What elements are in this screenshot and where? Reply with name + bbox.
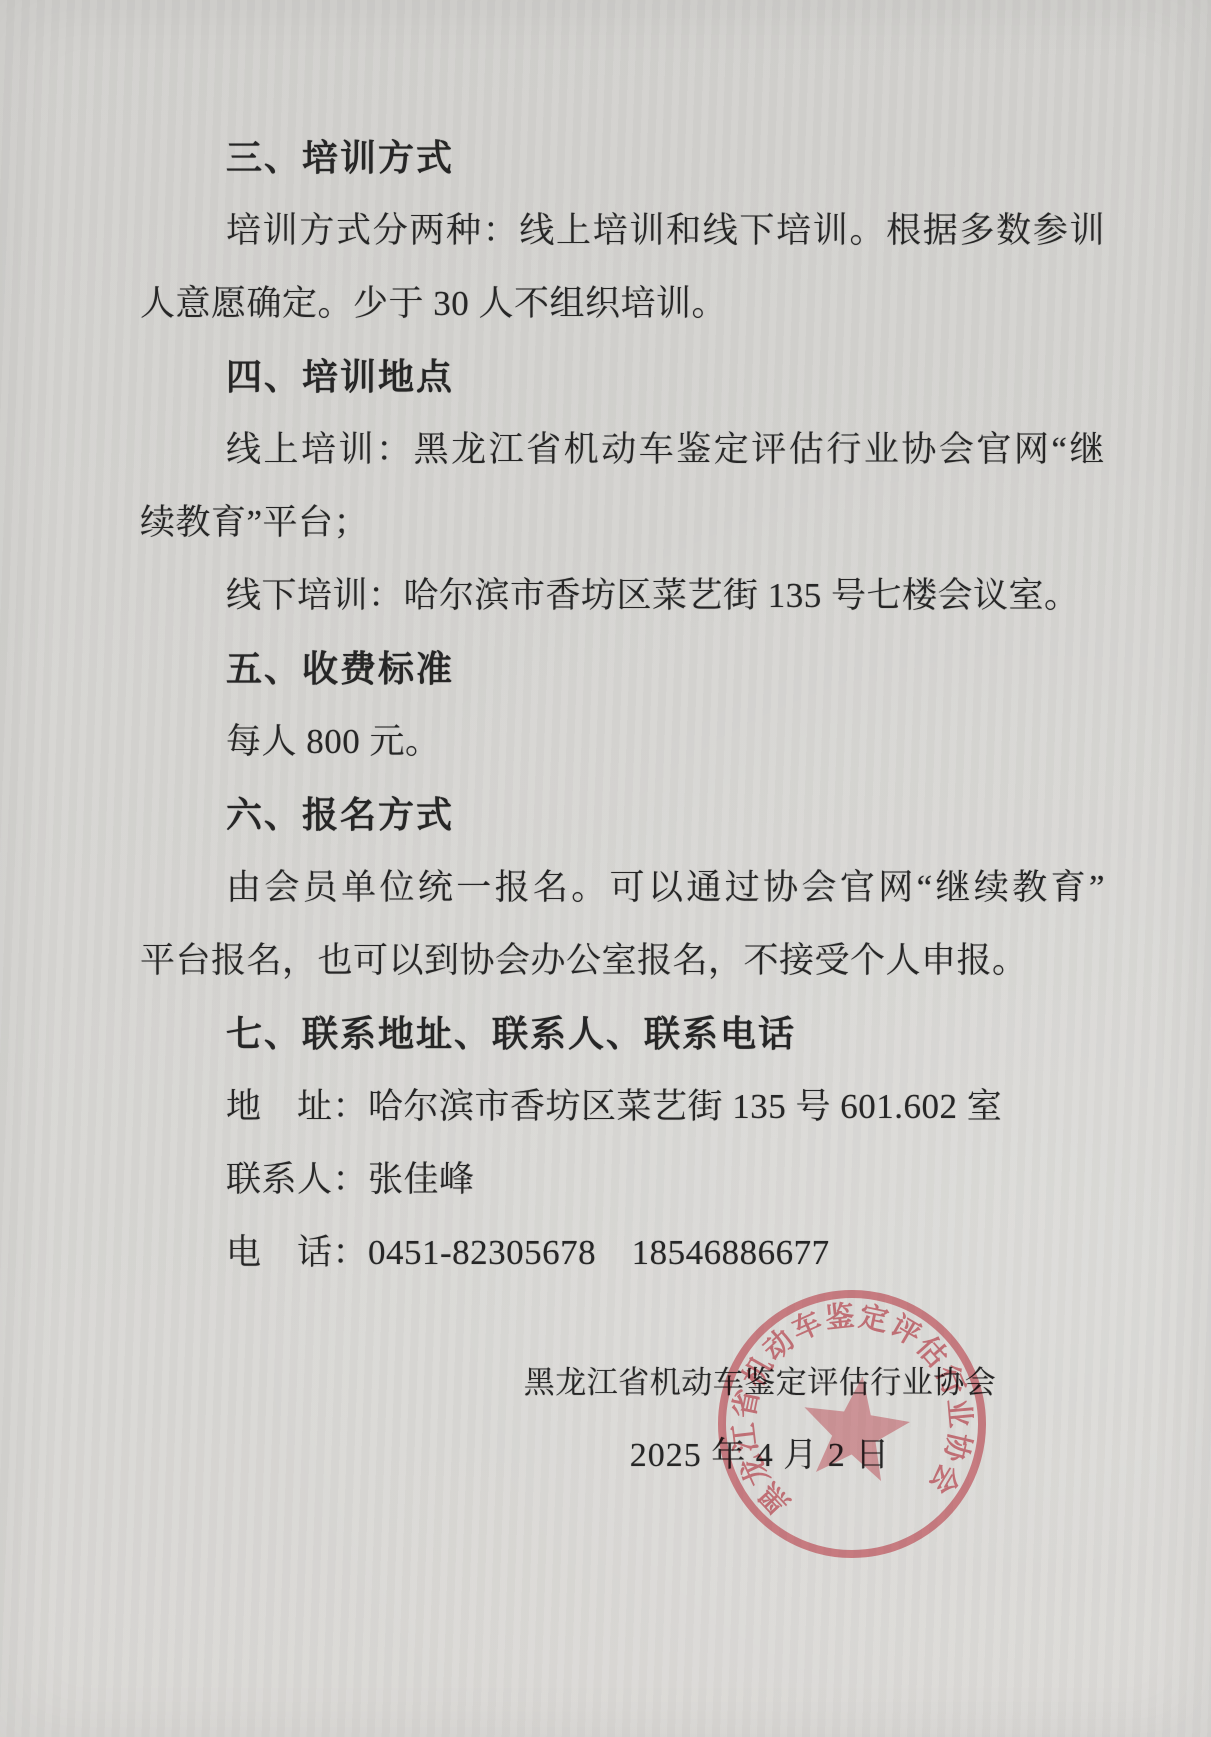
signature-block: 黑龙江省机动车鉴定评估行业协会 2025 年 4 月 2 日 bbox=[450, 1346, 1070, 1492]
doc-line: 线下培训：哈尔滨市香坊区菜艺街 135 号七楼会议室。 bbox=[140, 559, 1105, 632]
issuing-organization: 黑龙江省机动车鉴定评估行业协会 bbox=[450, 1346, 1070, 1419]
doc-line: 电 话：0451-82305678 18546886677 bbox=[140, 1216, 1105, 1289]
doc-line: 培训方式分两种：线上培训和线下培训。根据多数参训 bbox=[140, 194, 1105, 267]
doc-line: 平台报名，也可以到协会办公室报名，不接受个人申报。 bbox=[140, 924, 1105, 997]
section-heading: 四、培训地点 bbox=[140, 340, 1105, 413]
document-page: 三、培训方式 培训方式分两种：线上培训和线下培训。根据多数参训 人意愿确定。少于… bbox=[0, 0, 1211, 1737]
doc-line: 地 址：哈尔滨市香坊区菜艺街 135 号 601.602 室 bbox=[140, 1070, 1105, 1143]
section-heading: 五、收费标准 bbox=[140, 632, 1105, 705]
section-heading: 七、联系地址、联系人、联系电话 bbox=[140, 997, 1105, 1070]
document-body: 三、培训方式 培训方式分两种：线上培训和线下培训。根据多数参训 人意愿确定。少于… bbox=[140, 121, 1105, 1289]
issue-date: 2025 年 4 月 2 日 bbox=[450, 1419, 1070, 1492]
doc-line: 续教育”平台； bbox=[140, 486, 1105, 559]
doc-line: 人意愿确定。少于 30 人不组织培训。 bbox=[140, 267, 1105, 340]
doc-line: 由会员单位统一报名。可以通过协会官网“继续教育” bbox=[140, 851, 1105, 924]
section-heading: 三、培训方式 bbox=[140, 121, 1105, 194]
doc-line: 每人 800 元。 bbox=[140, 705, 1105, 778]
section-heading: 六、报名方式 bbox=[140, 778, 1105, 851]
doc-line: 线上培训：黑龙江省机动车鉴定评估行业协会官网“继 bbox=[140, 413, 1105, 486]
doc-line: 联系人：张佳峰 bbox=[140, 1143, 1105, 1216]
